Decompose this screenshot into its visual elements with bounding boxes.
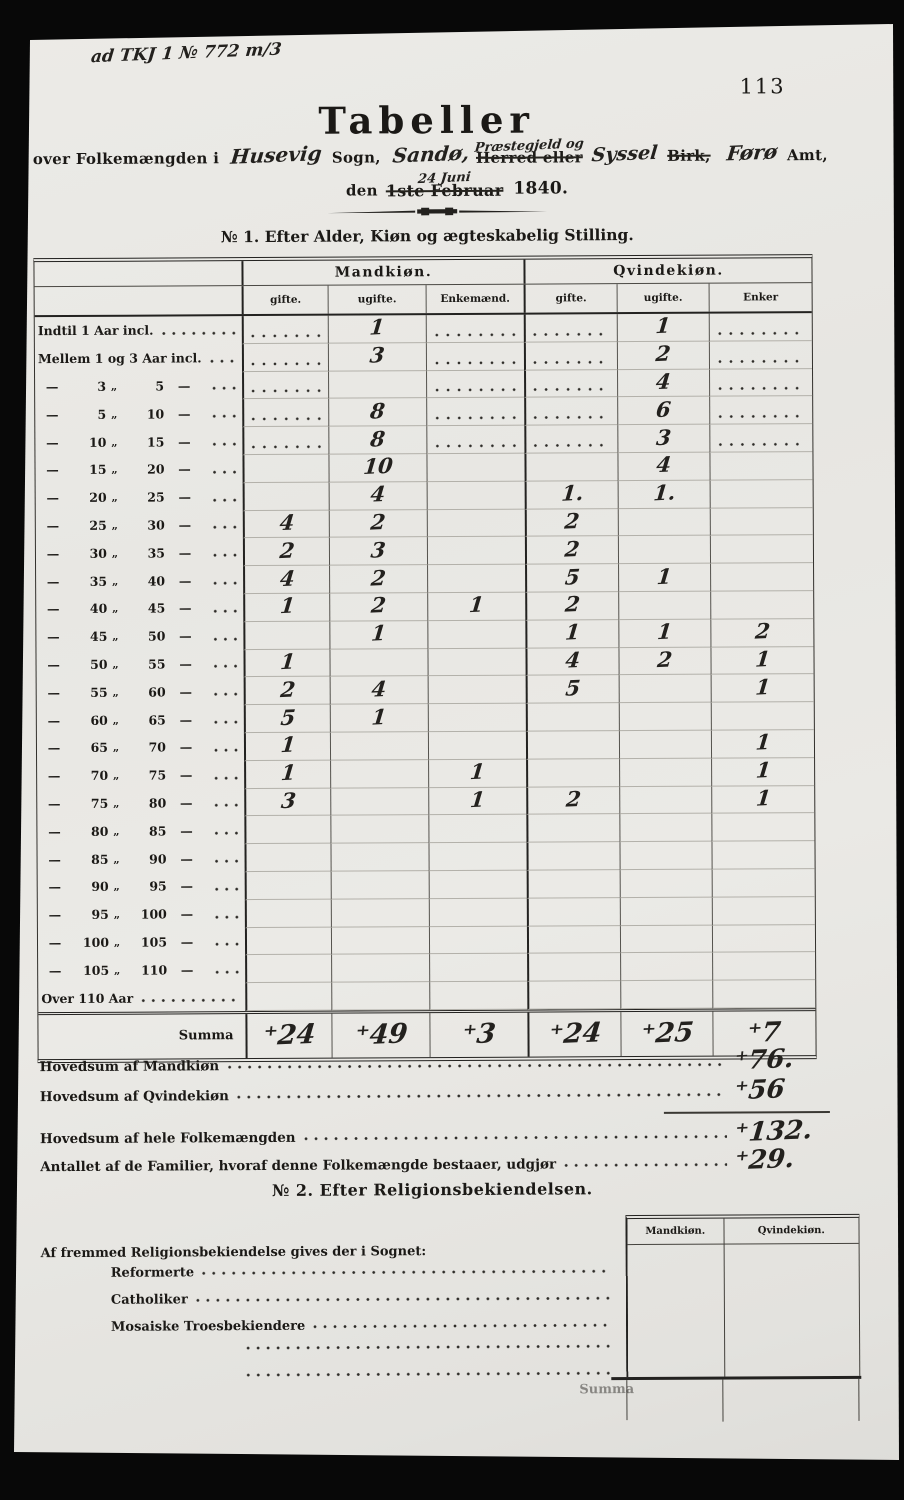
dotted-leader	[227, 1063, 726, 1070]
table-cell	[526, 842, 619, 870]
age-range-part: —	[164, 462, 204, 477]
age-range-part: „	[109, 936, 125, 949]
col-header-m-ugifte: ugifte.	[328, 285, 426, 314]
table-row: —75„80—3121	[37, 786, 814, 818]
table1-body: Indtil 1 Aar incl.11Mellem 1 og 3 Aar in…	[35, 313, 816, 1012]
date-line: den 24 Juni 1ste Februar 1840.	[0, 170, 904, 202]
table-cell: 6	[617, 397, 709, 425]
dotted-leader	[213, 498, 238, 502]
handwritten-value: 2	[564, 538, 581, 560]
table-cell	[242, 399, 328, 427]
table-cell	[527, 926, 620, 954]
dotted-leader	[202, 1269, 610, 1275]
table-cell	[712, 925, 815, 953]
dotted-placeholder	[251, 361, 322, 365]
age-range-part: —	[166, 712, 206, 727]
dotted-leader	[214, 831, 239, 835]
age-range-part: 50	[123, 629, 165, 644]
table-cell: 4	[243, 566, 329, 594]
handwritten-value: 1	[754, 648, 771, 670]
table-cell	[426, 370, 524, 398]
handwritten-value: 2	[370, 511, 387, 533]
table-row: —20„25—41.1.	[36, 480, 813, 512]
age-range-label: —15„20—	[35, 455, 242, 484]
table-cell	[524, 314, 617, 342]
table-cell	[526, 703, 619, 731]
age-range-part: 110	[125, 962, 167, 977]
table-cell	[620, 981, 712, 1009]
table-cell	[245, 899, 331, 927]
age-range-part: „	[106, 435, 122, 448]
religion-row-catholiker: Catholiker	[111, 1290, 618, 1308]
table-cell	[427, 620, 525, 648]
table-cell	[619, 842, 711, 870]
age-range-part: 105	[69, 963, 109, 978]
age-range-label: —70„75—	[37, 761, 244, 790]
table-cell	[527, 981, 620, 1009]
handwritten-value: 2	[564, 593, 581, 615]
age-range-label: —95„100—	[38, 900, 245, 929]
age-range-label: —25„30—	[36, 511, 243, 540]
table-cell	[427, 481, 525, 509]
handwritten-value: 4	[656, 454, 673, 476]
mandkion-group-header: Mandkiøn.	[241, 260, 523, 285]
total-qvindekion-line: Hovedsum af Qvindekiøn ⁺56	[40, 1078, 835, 1106]
dotted-leader	[212, 414, 237, 418]
age-range-part: 60	[124, 684, 166, 699]
table-cell	[619, 703, 711, 731]
age-range-part: —	[166, 740, 206, 755]
age-range-part: 15	[66, 462, 106, 477]
religion-row-blank	[238, 1371, 618, 1382]
handwritten-value: 1	[469, 789, 486, 811]
ornament-divider	[327, 205, 547, 218]
dotted-placeholder	[435, 333, 516, 337]
date-correction: 24 Juni 1ste Februar	[386, 172, 504, 200]
table-cell	[710, 508, 813, 536]
table-cell	[709, 313, 812, 341]
table-row: —25„30—422	[36, 508, 813, 540]
label-column-header	[34, 261, 241, 286]
dotted-leader	[237, 1093, 727, 1100]
age-range-part: —	[165, 601, 205, 616]
col-header-q-ugifte: ugifte.	[617, 284, 709, 312]
dotted-leader	[214, 664, 239, 668]
age-range-part: „	[108, 769, 124, 782]
dotted-leader	[304, 1135, 727, 1141]
table-cell	[243, 482, 329, 510]
sogn-label: Sogn,	[332, 148, 381, 166]
age-range-part: —	[38, 462, 66, 477]
table-cell: 1	[711, 730, 814, 758]
handwritten-value: 4	[278, 512, 295, 534]
age-range-label: —75„80—	[37, 789, 244, 818]
table-cell	[331, 899, 429, 927]
document-title: Tabeller	[0, 96, 857, 145]
table-cell	[427, 537, 525, 565]
table-cell	[244, 844, 330, 872]
table-cell	[429, 926, 527, 954]
table-cell	[709, 397, 812, 425]
table-cell: 1	[427, 593, 525, 621]
total-mandkion-line: Hovedsum af Mandkiøn ⁺76.	[40, 1048, 835, 1076]
table-row: —5„10—86	[35, 397, 812, 429]
struck-birk: Birk,	[667, 147, 710, 165]
handwritten-value: 2	[657, 649, 674, 671]
age-range-part: „	[107, 574, 123, 587]
table-cell	[242, 316, 328, 344]
table-cell	[524, 370, 617, 398]
dotted-leader	[564, 1163, 727, 1168]
age-range-part: —	[166, 767, 206, 782]
dotted-placeholder	[251, 334, 322, 338]
table-cell	[619, 731, 711, 759]
table-cell: 3	[617, 425, 709, 453]
dotted-leader	[214, 692, 239, 696]
table-row: —95„100—	[38, 897, 815, 929]
dotted-placeholder	[534, 443, 610, 447]
dotted-leader	[212, 387, 237, 391]
dotted-leader	[215, 859, 240, 863]
table-cell: 1	[244, 760, 330, 788]
table-cell	[429, 982, 527, 1010]
age-range-part: 60	[68, 712, 108, 727]
table2-header: Mandkiøn. Qvindekiøn.	[627, 1218, 858, 1245]
dotted-placeholder	[533, 332, 609, 336]
table-cell: 1	[330, 704, 428, 732]
age-range-part: —	[167, 962, 207, 977]
catholiker-label: Catholiker	[111, 1292, 188, 1307]
age-range-label: —65„70—	[37, 733, 244, 762]
total-population-line: Hovedsum af hele Folkemængden ⁺132.	[40, 1120, 835, 1148]
age-range-part: —	[167, 934, 207, 949]
table-row: —15„20—104	[35, 452, 812, 484]
handwritten-value: 2	[564, 510, 581, 532]
table-cell	[429, 871, 527, 899]
table-cell	[426, 426, 524, 454]
age-range-part: 75	[68, 796, 108, 811]
age-range-part: 70	[124, 740, 166, 755]
reformerte-label: Reformerte	[111, 1265, 194, 1280]
age-range-part: 10	[66, 434, 106, 449]
table-cell	[328, 371, 426, 399]
age-range-label: Mellem 1 og 3 Aar incl.	[35, 344, 242, 373]
handwritten-value: 4	[371, 678, 388, 700]
age-range-part: 50	[68, 657, 108, 672]
handwritten-value: 1	[369, 316, 386, 338]
age-range-part: 5	[66, 407, 106, 422]
handwritten-value: 1	[754, 676, 771, 698]
table-cell	[618, 508, 710, 536]
handwritten-value: 1	[370, 622, 387, 644]
table-row: —40„45—1212	[36, 591, 813, 623]
table-row: —70„75—111	[37, 758, 814, 790]
table-row: —55„60—2451	[37, 674, 814, 706]
dotted-leader	[212, 442, 237, 446]
table-cell: 1	[711, 674, 814, 702]
table-cell: 5	[525, 564, 618, 592]
summa-label: Summa	[179, 1029, 234, 1044]
age-range-label: —105„110—	[38, 955, 245, 984]
age-range-part: 25	[123, 490, 165, 505]
col-header-enkemaend: Enkemænd.	[426, 285, 524, 314]
table-cell	[712, 897, 815, 925]
table-cell: 1	[243, 649, 329, 677]
age-range-part: —	[166, 795, 206, 810]
summa-value: ⁺24	[547, 1018, 602, 1051]
age-range-part: 90	[69, 879, 109, 894]
table-cell	[711, 702, 814, 730]
dotted-placeholder	[435, 388, 516, 392]
col-header-enker: Enker	[709, 283, 812, 312]
age-range-part: 80	[68, 824, 108, 839]
table-cell	[524, 425, 617, 453]
handwritten-value: 3	[369, 344, 386, 366]
handwritten-value: 1	[655, 315, 672, 337]
table-cell	[426, 454, 524, 482]
dotted-leader	[313, 1323, 610, 1329]
dotted-placeholder	[435, 416, 516, 420]
dotted-leader	[215, 942, 240, 946]
handwritten-value: 5	[279, 706, 296, 728]
table2-heading: № 2. Efter Religionsbekiendelsen.	[2, 1178, 862, 1202]
age-range-part: —	[40, 824, 68, 839]
religion-table: Mandkiøn. Qvindekiøn.	[625, 1214, 860, 1377]
age-range-part: —	[38, 407, 66, 422]
table-row: —90„95—	[38, 869, 815, 901]
table-cell: 2	[329, 593, 427, 621]
age-range-part: 65	[124, 712, 166, 727]
table-cell: 1.	[618, 480, 710, 508]
dotted-leader	[215, 970, 240, 974]
table-cell	[426, 342, 524, 370]
age-range-part: 100	[125, 907, 167, 922]
handwritten-value: 4	[655, 371, 672, 393]
table-cell	[710, 480, 813, 508]
age-range-part: —	[41, 963, 69, 978]
age-range-part: —	[167, 879, 207, 894]
age-range-label: —90„95—	[38, 872, 245, 901]
handwritten-value: 10	[362, 455, 393, 477]
table-cell	[245, 872, 331, 900]
age-range-part: „	[107, 630, 123, 643]
dotted-leader	[141, 998, 240, 1003]
table-row: —3„5—4	[35, 369, 812, 401]
dotted-leader	[213, 525, 238, 529]
dotted-leader	[214, 720, 239, 724]
table-cell	[427, 648, 525, 676]
handwritten-value: 4	[565, 649, 582, 671]
age-range-part: „	[109, 852, 125, 865]
handwritten-value: 1	[468, 594, 485, 616]
table-cell	[709, 452, 812, 480]
table-cell: 5	[526, 675, 619, 703]
scanned-page: ad TKJ 1 № 772 m/3 113 Tabeller over Fol…	[0, 0, 904, 1500]
table-cell: 1	[328, 315, 426, 343]
summa-value: ⁺24	[262, 1019, 317, 1052]
table-cell	[619, 675, 711, 703]
dotted-placeholder	[435, 444, 516, 448]
table-cell: 4	[617, 369, 709, 397]
table-cell: 8	[328, 426, 426, 454]
age-range-part: 35	[123, 545, 165, 560]
table-cell	[620, 897, 712, 925]
handwritten-value: 1	[280, 762, 297, 784]
table-cell	[242, 371, 328, 399]
handwritten-value: 1.	[652, 482, 676, 504]
date-prefix: den	[346, 181, 378, 199]
handwritten-value: 1	[469, 761, 486, 783]
age-range-label: —3„5—	[35, 372, 242, 401]
dotted-placeholder	[718, 387, 804, 391]
table-cell: 2	[525, 509, 618, 537]
age-range-part: —	[40, 713, 68, 728]
table-cell: 1	[617, 314, 709, 342]
amt-label: Amt,	[787, 146, 828, 164]
age-range-label: —45„50—	[36, 622, 243, 651]
age-range-part: 75	[124, 768, 166, 783]
families-count-value: ⁺29.	[734, 1146, 837, 1173]
age-range-part: 85	[124, 823, 166, 838]
dotted-placeholder	[533, 360, 609, 364]
total-qvindekion-label: Hovedsum af Qvindekiøn	[40, 1089, 229, 1106]
table2-column-divider	[724, 1244, 726, 1377]
table-cell	[331, 927, 429, 955]
table-cell	[524, 342, 617, 370]
age-range-part: —	[40, 796, 68, 811]
handwritten-value: 4	[279, 567, 296, 589]
table-cell	[527, 870, 620, 898]
handwritten-value: 1	[755, 787, 772, 809]
dotted-leader	[196, 1296, 610, 1302]
total-qvindekion-value: ⁺56	[733, 1076, 836, 1103]
table-cell	[710, 563, 813, 591]
age-range-part: —	[39, 574, 67, 589]
table-cell	[427, 565, 525, 593]
table-cell: 2	[710, 619, 813, 647]
table-row: Indtil 1 Aar incl.11	[35, 313, 812, 345]
total-population-label: Hovedsum af hele Folkemængden	[40, 1130, 296, 1147]
table-cell: 2	[525, 592, 618, 620]
table-cell	[244, 816, 330, 844]
table-cell	[242, 343, 328, 371]
table1-sub-header: gifte. ugifte. Enkemænd. gifte. ugifte. …	[35, 283, 812, 317]
table-cell: 8	[328, 399, 426, 427]
table-cell: 1	[244, 733, 330, 761]
age-range-part: 95	[125, 879, 167, 894]
handwritten-value: 1	[564, 621, 581, 643]
age-range-label: —10„15—	[35, 427, 242, 456]
table-cell: 2	[244, 677, 330, 705]
age-range-label: —5„10—	[35, 399, 242, 428]
table-cell	[330, 815, 428, 843]
age-range-part: 3	[66, 379, 106, 394]
age-range-label: —20„25—	[36, 483, 243, 512]
table-cell: 1	[618, 619, 710, 647]
age-range-part: 55	[68, 685, 108, 700]
table-row: —45„50—1112	[36, 619, 813, 651]
table-cell	[242, 427, 328, 455]
summa-value: ⁺3	[461, 1019, 497, 1051]
table-cell	[712, 952, 815, 980]
dotted-placeholder	[251, 417, 322, 421]
table-cell: 1	[711, 758, 814, 786]
age-range-part: 40	[67, 601, 107, 616]
table-row: Over 110 Aar	[38, 980, 815, 1012]
reference-note: ad TKJ 1 № 772 m/3	[90, 40, 283, 68]
age-range-part: „	[109, 880, 125, 893]
age-range-part: 30	[123, 517, 165, 532]
table-cell	[242, 455, 328, 483]
table-cell	[524, 453, 617, 481]
table-cell	[710, 535, 813, 563]
age-range-part: —	[166, 684, 206, 699]
handwritten-value: 3	[655, 426, 672, 448]
age-range-part: 20	[67, 490, 107, 505]
table-cell	[710, 591, 813, 619]
dotted-placeholder	[718, 331, 804, 335]
age-range-part: 35	[67, 573, 107, 588]
handwritten-value: 3	[370, 539, 387, 561]
age-range-part: 105	[125, 934, 167, 949]
table2-line-extension	[858, 1379, 859, 1421]
handwritten-value: 2	[655, 343, 672, 365]
table-cell: 2	[329, 510, 427, 538]
handwritten-value: 4	[370, 483, 387, 505]
dotted-leader	[210, 359, 237, 363]
summa-value: ⁺25	[639, 1017, 694, 1050]
age-range-part: —	[39, 546, 67, 561]
col-header-m-gifte: gifte.	[242, 286, 328, 314]
table-cell	[330, 732, 428, 760]
age-range-part: „	[106, 463, 122, 476]
table-cell: 2	[329, 565, 427, 593]
age-range-label: —60„65—	[37, 705, 244, 734]
table-row: —105„110—	[38, 952, 815, 984]
age-range-text: Over 110 Aar	[41, 990, 133, 1005]
handwritten-value: 5	[565, 677, 582, 699]
table-cell	[712, 869, 815, 897]
table-cell: 1	[711, 786, 814, 814]
subtitle-prefix: over Folkemængden i	[33, 149, 219, 168]
year-text: 1840.	[513, 178, 568, 198]
dotted-leader	[213, 609, 238, 613]
table-cell	[428, 676, 526, 704]
age-range-part: 40	[123, 573, 165, 588]
dotted-leader	[213, 637, 238, 641]
age-range-part: 15	[122, 434, 164, 449]
age-range-label: —80„85—	[37, 816, 244, 845]
handwritten-value: 3	[280, 790, 297, 812]
label-column-subheader	[35, 286, 242, 315]
table-cell: 1	[525, 620, 618, 648]
age-range-part: —	[166, 656, 206, 671]
age-range-part: —	[165, 573, 205, 588]
total-mandkion-value: ⁺76.	[733, 1046, 836, 1073]
table-cell: 3	[244, 788, 330, 816]
age-range-part: —	[39, 490, 67, 505]
handwritten-value: 1	[755, 731, 772, 753]
dotted-placeholder	[534, 415, 610, 419]
age-range-part: 55	[124, 656, 166, 671]
families-count-line: Antallet af de Familier, hvoraf denne Fo…	[40, 1148, 835, 1176]
dotted-leader	[213, 470, 238, 474]
table-cell: 2	[243, 538, 329, 566]
table-cell	[618, 592, 710, 620]
dotted-placeholder	[251, 445, 322, 449]
dotted-leader	[214, 803, 239, 807]
age-range-part: —	[40, 657, 68, 672]
